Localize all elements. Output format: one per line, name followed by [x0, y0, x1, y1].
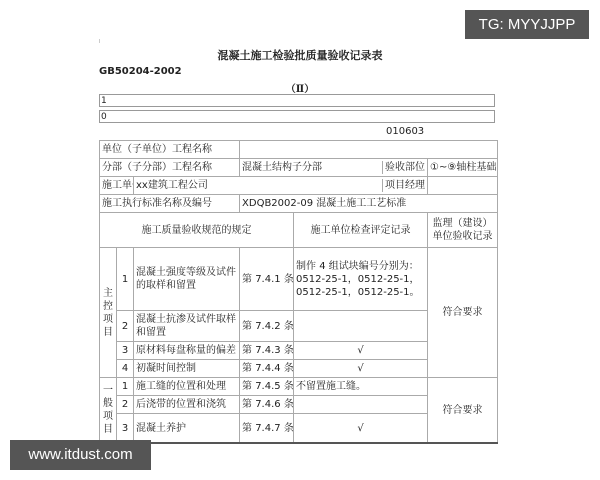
contractor-value: xx建筑工程公司项目经理	[134, 177, 428, 195]
header-supervisor-record: 监理（建设）单位验收记录	[428, 213, 498, 248]
main-item-name: 原材料每盘称量的偏差	[134, 342, 240, 360]
general-items-conclusion: 符合要求	[428, 378, 498, 444]
header-spec: 施工质量验收规范的规定	[100, 213, 294, 248]
row-sub-project: 分部（子分部）工程名称 混凝土结构子分部验收部位 ①~⑨轴柱基础	[100, 159, 498, 177]
general-item-name: 施工缝的位置和处理	[134, 378, 240, 396]
main-item-row: 主控项目 1 混凝土强度等级及试件的取样和留置 第 7.4.1 条 制作 4 组…	[100, 248, 498, 311]
inspection-table: 单位（子单位）工程名称 分部（子分部）工程名称 混凝土结构子分部验收部位 ①~⑨…	[99, 140, 498, 444]
general-items-group-label: 一般项目	[100, 378, 117, 444]
accept-location-value: ①~⑨轴柱基础	[428, 159, 498, 177]
main-item-no: 3	[117, 342, 134, 360]
contractor-label: 施工单位	[100, 177, 134, 195]
general-item-name: 混凝土养护	[134, 414, 240, 444]
project-manager-label: 项目经理	[382, 179, 427, 192]
general-item-row: 一般项目 1 施工缝的位置和处理 第 7.4.5 条 不留置施工缝。 符合要求	[100, 378, 498, 396]
row-contractor: 施工单位 xx建筑工程公司项目经理	[100, 177, 498, 195]
sub-project-value: 混凝土结构子分部验收部位	[240, 159, 428, 177]
main-items-group-label: 主控项目	[100, 248, 117, 378]
watermark-top-right: TG: MYYJJPP	[465, 10, 589, 39]
bar-1-text: 1	[101, 96, 107, 106]
form-field-bar-1: 1	[99, 94, 495, 107]
general-item-record	[294, 396, 428, 414]
main-item-record: √	[294, 342, 428, 360]
general-item-no: 1	[117, 378, 134, 396]
general-item-clause: 第 7.4.7 条	[240, 414, 294, 444]
main-item-clause: 第 7.4.2 条	[240, 311, 294, 342]
main-item-record	[294, 311, 428, 342]
header-contractor-record: 施工单位检查评定记录	[294, 213, 428, 248]
general-item-no: 3	[117, 414, 134, 444]
main-item-name: 混凝土抗渗及试件取样和留置	[134, 311, 240, 342]
project-manager-value	[428, 177, 498, 195]
unit-project-value	[240, 141, 498, 159]
form-number: 010603	[386, 126, 424, 137]
standard-label: 施工执行标准名称及编号	[100, 195, 240, 213]
general-item-clause: 第 7.4.6 条	[240, 396, 294, 414]
bar-2-text: 0	[101, 112, 107, 122]
main-item-record: √	[294, 360, 428, 378]
form-field-bar-2: 0	[99, 110, 495, 123]
general-item-name: 后浇带的位置和浇筑	[134, 396, 240, 414]
main-item-name: 混凝土强度等级及试件的取样和留置	[134, 248, 240, 311]
row-headers: 施工质量验收规范的规定 施工单位检查评定记录 监理（建设）单位验收记录	[100, 213, 498, 248]
accept-location-label: 验收部位	[382, 161, 427, 174]
document-subtitle: （Ⅱ）	[0, 80, 600, 95]
main-item-clause: 第 7.4.4 条	[240, 360, 294, 378]
contractor-text: xx建筑工程公司	[136, 180, 208, 191]
general-item-record: √	[294, 414, 428, 444]
main-item-clause: 第 7.4.3 条	[240, 342, 294, 360]
general-item-clause: 第 7.4.5 条	[240, 378, 294, 396]
document-title: 混凝土施工检验批质量验收记录表	[0, 47, 600, 63]
watermark-bottom-left: www.itdust.com	[10, 440, 151, 470]
standard-value: XDQB2002-09 混凝土施工工艺标准	[240, 195, 498, 213]
general-item-no: 2	[117, 396, 134, 414]
main-item-no: 4	[117, 360, 134, 378]
row-standard: 施工执行标准名称及编号 XDQB2002-09 混凝土施工工艺标准	[100, 195, 498, 213]
main-item-name: 初凝时间控制	[134, 360, 240, 378]
main-item-no: 1	[117, 248, 134, 311]
sub-project-label: 分部（子分部）工程名称	[100, 159, 240, 177]
sub-project-text: 混凝土结构子分部	[242, 162, 322, 173]
page-frame-corner	[99, 39, 100, 43]
main-items-conclusion: 符合要求	[428, 248, 498, 378]
main-item-no: 2	[117, 311, 134, 342]
row-unit-project: 单位（子单位）工程名称	[100, 141, 498, 159]
unit-project-label: 单位（子单位）工程名称	[100, 141, 240, 159]
main-item-clause: 第 7.4.1 条	[240, 248, 294, 311]
general-item-record: 不留置施工缝。	[294, 378, 428, 396]
standard-code: GB50204-2002	[99, 66, 182, 77]
main-item-record: 制作 4 组试块编号分别为：0512-25-1，0512-25-1，0512-2…	[294, 248, 428, 311]
